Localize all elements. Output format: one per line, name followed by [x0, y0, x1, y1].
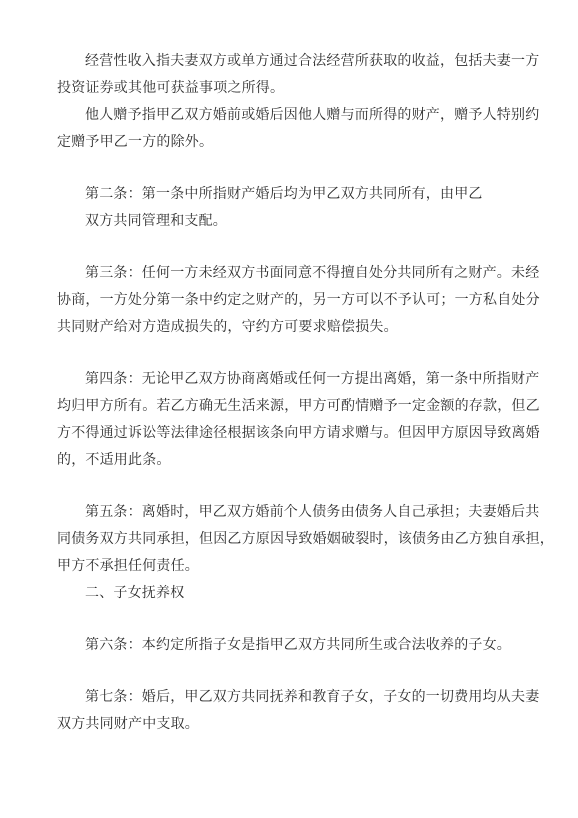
paragraph: 第七条：婚后，甲乙双方共同抚养和教育子女，子女的一切费用均从夫妻双方共同财产中支… [57, 684, 528, 738]
text-line: 二、子女抚养权 [57, 580, 528, 607]
text-line: 双方共同管理和支配。 [57, 208, 528, 235]
text-line: 他人赠予指甲乙双方婚前或婚后因他人赠与而所得的财产，赠予人特别约 [57, 102, 528, 129]
text-line: 方不得通过诉讼等法律途径根据该条向甲方请求赠与。但因甲方原因导致离婚 [57, 420, 528, 447]
text-line: 第五条：离婚时，甲乙双方婚前个人债务由债务人自己承担；夫妻婚后共 [57, 499, 528, 526]
text-line: 投资证券或其他可获益事项之所得。 [57, 75, 528, 102]
document-body: 经营性收入指夫妻双方或单方通过合法经营所获取的收益，包括夫妻一方投资证券或其他可… [0, 0, 578, 738]
paragraph: 第四条：无论甲乙双方协商离婚或任何一方提出离婚，第一条中所指财产均归甲方所有。若… [57, 366, 528, 474]
text-line: 第三条：任何一方未经双方书面同意不得擅自处分共同所有之财产。未经 [57, 260, 528, 287]
paragraph: 第六条：本约定所指子女是指甲乙双方共同所生或合法收养的子女。 [57, 632, 528, 659]
text-line: 甲方不承担任何责任。 [57, 553, 528, 580]
text-line: 均归甲方所有。若乙方确无生活来源，甲方可酌情赠予一定金额的存款，但乙 [57, 393, 528, 420]
text-line: 协商，一方处分第一条中约定之财产的，另一方可以不予认可；一方私自处分 [57, 287, 528, 314]
text-line: 共同财产给对方造成损失的，守约方可要求赔偿损失。 [57, 314, 528, 341]
document-page: 经营性收入指夫妻双方或单方通过合法经营所获取的收益，包括夫妻一方投资证券或其他可… [0, 0, 578, 818]
text-line: 第六条：本约定所指子女是指甲乙双方共同所生或合法收养的子女。 [57, 632, 528, 659]
text-line: 经营性收入指夫妻双方或单方通过合法经营所获取的收益，包括夫妻一方 [57, 48, 528, 75]
paragraph: 他人赠予指甲乙双方婚前或婚后因他人赠与而所得的财产，赠予人特别约定赠予甲乙一方的… [57, 102, 528, 156]
paragraph: 二、子女抚养权 [57, 580, 528, 607]
text-line: 双方共同财产中支取。 [57, 711, 528, 738]
text-line: 同债务双方共同承担，但因乙方原因导致婚姻破裂时，该债务由乙方独自承担， [57, 526, 528, 553]
text-line: 第七条：婚后，甲乙双方共同抚养和教育子女，子女的一切费用均从夫妻 [57, 684, 528, 711]
text-line: 第二条：第一条中所指财产婚后均为甲乙双方共同所有，由甲乙 [57, 181, 528, 208]
text-line: 定赠予甲乙一方的除外。 [57, 129, 528, 156]
paragraph: 第二条：第一条中所指财产婚后均为甲乙双方共同所有，由甲乙双方共同管理和支配。 [57, 181, 528, 235]
text-line: 的，不适用此条。 [57, 447, 528, 474]
paragraph: 第五条：离婚时，甲乙双方婚前个人债务由债务人自己承担；夫妻婚后共同债务双方共同承… [57, 499, 528, 580]
paragraph: 经营性收入指夫妻双方或单方通过合法经营所获取的收益，包括夫妻一方投资证券或其他可… [57, 48, 528, 102]
paragraph: 第三条：任何一方未经双方书面同意不得擅自处分共同所有之财产。未经协商，一方处分第… [57, 260, 528, 341]
text-line: 第四条：无论甲乙双方协商离婚或任何一方提出离婚，第一条中所指财产 [57, 366, 528, 393]
